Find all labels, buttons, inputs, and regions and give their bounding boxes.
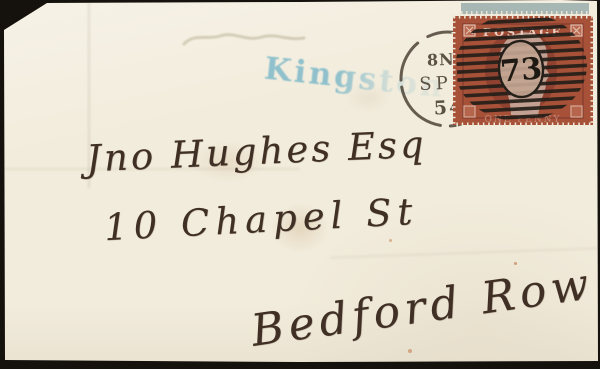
envelope: Kingston 8NT SP 1 54 Jno Hughes Esq 10 C… bbox=[0, 0, 600, 369]
address-line-district: Bedford Row bbox=[248, 258, 597, 356]
photo-background: Kingston 8NT SP 1 54 Jno Hughes Esq 10 C… bbox=[0, 0, 600, 369]
address-line-street: 10 Chapel St bbox=[103, 190, 419, 249]
adjoining-stamp-strip bbox=[461, 3, 589, 14]
cancel-number: 73 bbox=[499, 51, 544, 90]
address-line-recipient: Jno Hughes Esq bbox=[85, 123, 427, 181]
penny-red-stamp: POSTAGE ONE PENNY bbox=[451, 3, 597, 129]
